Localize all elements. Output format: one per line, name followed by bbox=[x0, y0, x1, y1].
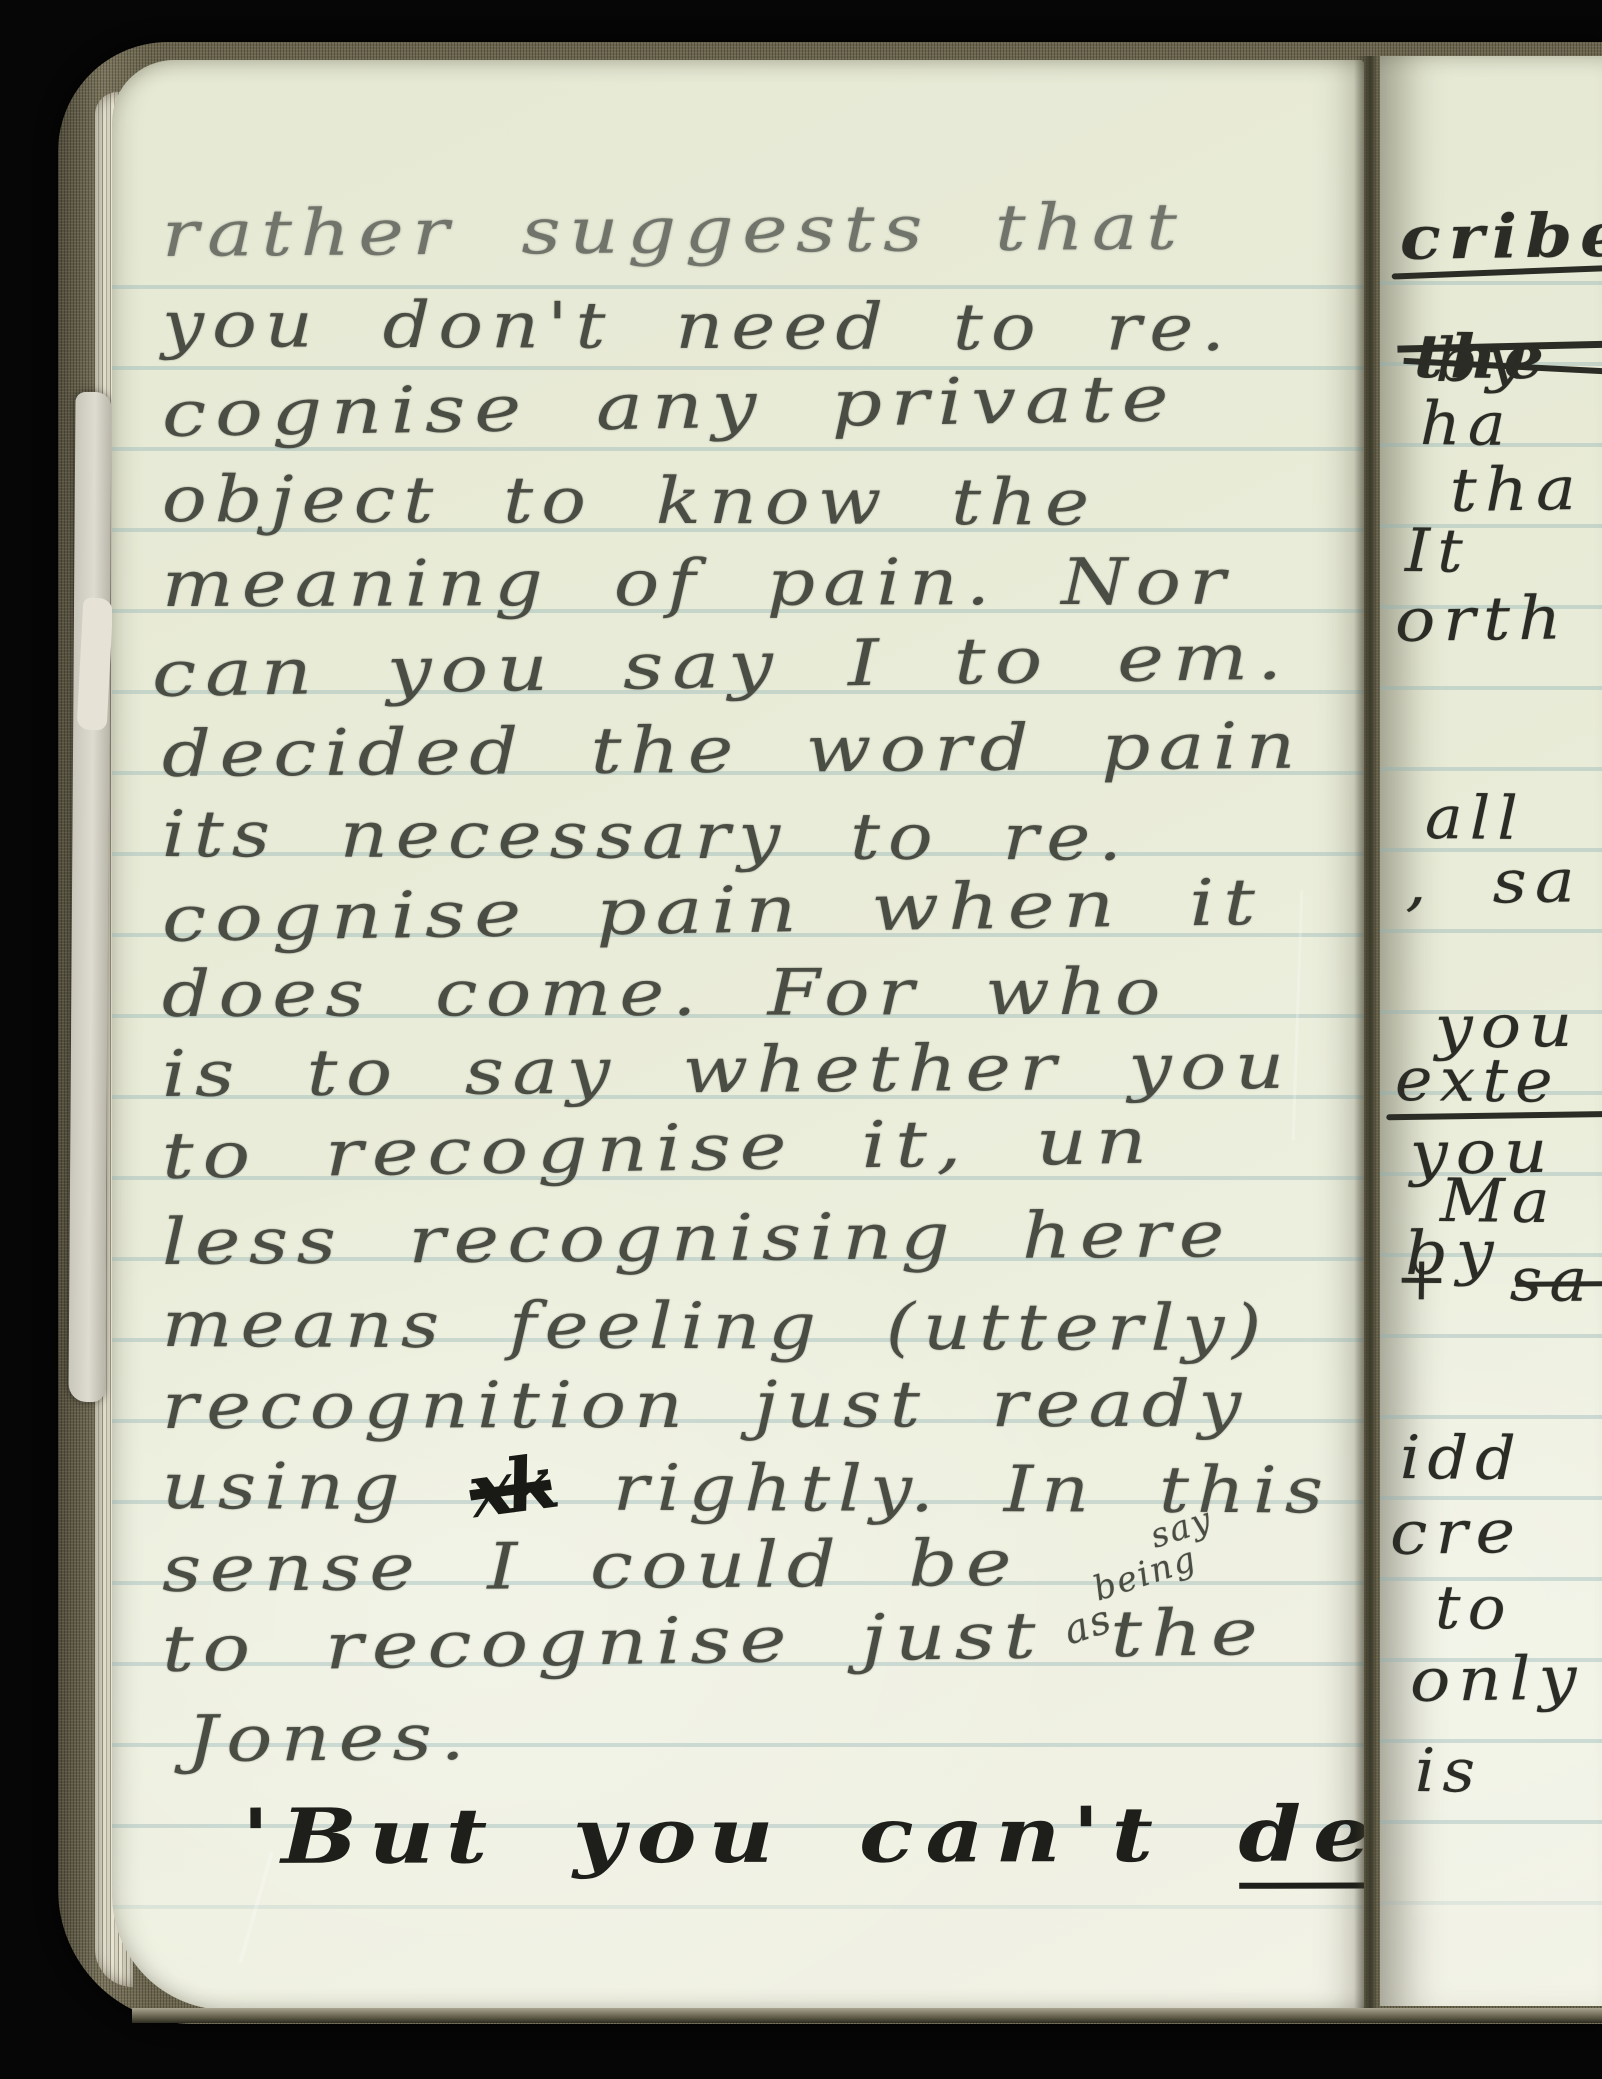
handwritten-fragment: orth bbox=[1394, 585, 1569, 654]
handwritten-line: cognise pain when it bbox=[161, 868, 1265, 955]
handwritten-line: means feeling (utterly) bbox=[162, 1290, 1270, 1365]
handwritten-fragment: all bbox=[1425, 785, 1526, 852]
handwritten-line: its necessary to re. bbox=[162, 800, 1130, 874]
notebook-photo: rather suggests thatyou don't need to re… bbox=[0, 0, 1602, 2079]
handwritten-fragment: you bbox=[1434, 993, 1581, 1061]
handwritten-line: to recognise it, un bbox=[161, 1107, 1156, 1193]
handwritten-fragment: by bbox=[1404, 1219, 1502, 1286]
right-page-writing: cribethebyhathaItorthall, saexteyou+ say… bbox=[1380, 56, 1602, 2006]
crossed-out-word: xk bbox=[463, 1443, 558, 1534]
handwritten-fragment: tha bbox=[1449, 456, 1584, 524]
underlined-word: des bbox=[1238, 1789, 1364, 1888]
right-page: cribethebyhathaItorthall, saexteyou+ say… bbox=[1380, 56, 1602, 2006]
handwritten-fragment: It bbox=[1405, 518, 1471, 585]
handwritten-line: Jones. bbox=[187, 1703, 474, 1775]
left-page: rather suggests thatyou don't need to re… bbox=[112, 60, 1364, 2010]
handwritten-fragment: only bbox=[1409, 1645, 1585, 1714]
handwritten-line: meaning of pain. Nor bbox=[162, 548, 1234, 621]
handwritten-line: less recognising here bbox=[162, 1200, 1233, 1278]
handwritten-line: is to say whether you bbox=[162, 1032, 1293, 1111]
handwritten-fragment: idd bbox=[1400, 1425, 1524, 1492]
torn-lining-strip bbox=[68, 392, 111, 1402]
handwritten-fragment: to bbox=[1435, 1575, 1514, 1642]
page-block-bottom-edge bbox=[132, 2008, 1602, 2023]
handwritten-line: sense I could be bbox=[162, 1529, 1021, 1606]
handwritten-line: cognise any private bbox=[161, 364, 1178, 450]
inserted-words: saybeingas bbox=[1062, 1508, 1322, 1698]
left-page-writing: rather suggests thatyou don't need to re… bbox=[112, 60, 1364, 2010]
handwritten-fragment: ha bbox=[1420, 391, 1514, 458]
handwritten-fragment: cribe bbox=[1399, 202, 1602, 272]
handwritten-line: recognition just ready bbox=[162, 1370, 1250, 1443]
handwritten-fragment: by bbox=[1434, 326, 1532, 393]
handwritten-line: does come. For who bbox=[162, 958, 1169, 1031]
handwritten-line: object to know the bbox=[162, 465, 1098, 539]
handwritten-line: rather suggests that bbox=[162, 193, 1186, 271]
handwritten-line: decided the word pain bbox=[162, 712, 1304, 791]
handwritten-line: you don't need to re. bbox=[162, 290, 1233, 364]
handwritten-fragment: is bbox=[1415, 1738, 1483, 1805]
handwritten-fragment: cre bbox=[1389, 1499, 1523, 1567]
inserted-word: being bbox=[1088, 1539, 1202, 1610]
handwritten-line: can you say I to em. bbox=[151, 622, 1291, 710]
handwritten-line: 'But you can't des bbox=[242, 1792, 1364, 1878]
handwritten-fragment: , sa bbox=[1404, 848, 1583, 917]
